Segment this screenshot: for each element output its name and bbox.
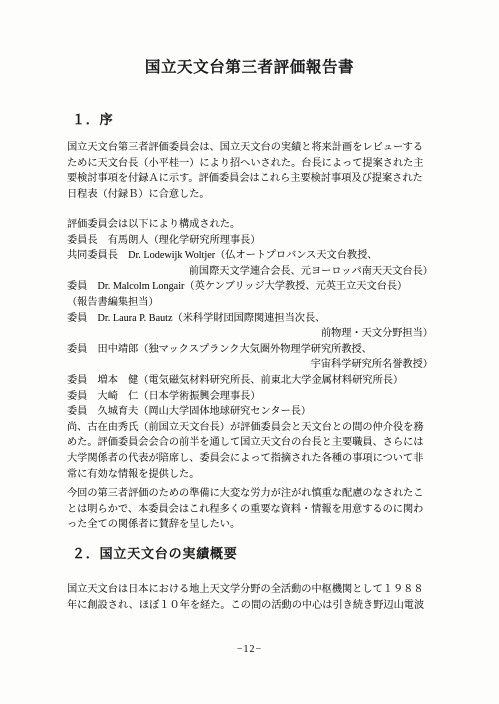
paragraph-line: 常に有効な情報を提供した。: [67, 467, 433, 483]
section-2-paragraph-1: 国立天文台は日本における地上天文学分野の全活動の中枢機関として１９８８ 年に創設…: [67, 582, 433, 613]
section-1-heading: １．序: [72, 109, 113, 128]
committee-member-line: 委員 増本 健（電気磁気材料研究所長、前東北大学金属材料研究所長）: [67, 373, 433, 389]
committee-member-line: 共同委員長 Dr. Lodewijk Woltjer（仏オートプロバンス天文台教…: [67, 248, 433, 264]
paragraph-line: 尚、古在由秀氏（前国立天文台長）が評価委員会と天文台との間の仲介役を務: [67, 420, 433, 436]
committee-member-continuation: 宇宙科学研究所名誉教授）: [67, 357, 433, 373]
paragraph-line: 年に創設され、ほぼ１０年を経た。この間の活動の中心は引き続き野辺山電波: [67, 598, 433, 614]
paragraph-line: 国立天文台は日本における地上天文学分野の全活動の中枢機関として１９８８: [67, 582, 433, 598]
committee-section: 評価委員会は以下により構成された。 委員長 有馬朗人（理化学研究所理事長） 共同…: [67, 217, 433, 482]
committee-member-continuation: 前物理・天文分野担当）: [67, 326, 433, 342]
paragraph-line: ために天文台長（小平桂一）により招へいされた。台長によって提案された主: [67, 156, 433, 172]
paragraph-line: とは明らかで、本委員会はこれ程多くの重要な資料・情報を用意するのに関わ: [67, 502, 433, 518]
committee-member-note: （報告書編集担当）: [67, 295, 433, 311]
page-number: −12−: [0, 644, 499, 655]
section-1-paragraph-1: 国立天文台第三者評価委員会は、国立天文台の実績と将来計画をレビューする ために天…: [67, 140, 433, 202]
committee-member-line: 委員 大崎 仁（日本学術振興会理事長）: [67, 389, 433, 405]
committee-member-continuation: 前国際天文学連合会長、元ヨーロッパ南天天文台長）: [67, 264, 433, 280]
section-2-heading: ２．国立天文台の実績概要: [72, 543, 238, 562]
document-page: 国立天文台第三者評価報告書 １．序 国立天文台第三者評価委員会は、国立天文台の実…: [0, 0, 499, 704]
paragraph-line: 大学関係者の代表が陪席し、委員会によって指摘された各種の事項について非: [67, 451, 433, 467]
paragraph-line: 日程表（付録Ｂ）に合意した。: [67, 187, 433, 203]
committee-member-line: 委員 田中靖郎（独マックスプランク大気圏外物理学研究所教授、: [67, 342, 433, 358]
committee-member-line: 委員 Dr. Laura P. Bautz（米科学財団国際関連担当次長、: [67, 311, 433, 327]
paragraph-line: 今回の第三者評価のための準備に大変な労力が注がれ慎重な配慮のなされたこ: [67, 486, 433, 502]
paragraph-line: った全ての関係者に賛辞を呈したい。: [67, 517, 433, 533]
paragraph-line: 国立天文台第三者評価委員会は、国立天文台の実績と将来計画をレビューする: [67, 140, 433, 156]
paragraph-line: 要検討事項を付録Ａに示す。評価委員会はこれら主要検討事項及び提案された: [67, 171, 433, 187]
committee-member-line: 委員 Dr. Malcolm Longair（英ケンブリッジ大学教授、元英王立天…: [67, 279, 433, 295]
committee-member-line: 委員 久城育夫（岡山大学固体地球研究センター長）: [67, 404, 433, 420]
document-title: 国立天文台第三者評価報告書: [0, 55, 499, 77]
committee-member-line: 委員長 有馬朗人（理化学研究所理事長）: [67, 233, 433, 249]
committee-intro: 評価委員会は以下により構成された。: [67, 217, 433, 233]
paragraph-line: めた。評価委員会会合の前半を通して国立天文台の台長と主要職員、さらには: [67, 435, 433, 451]
section-1-paragraph-3: 今回の第三者評価のための準備に大変な労力が注がれ慎重な配慮のなされたこ とは明ら…: [67, 486, 433, 533]
